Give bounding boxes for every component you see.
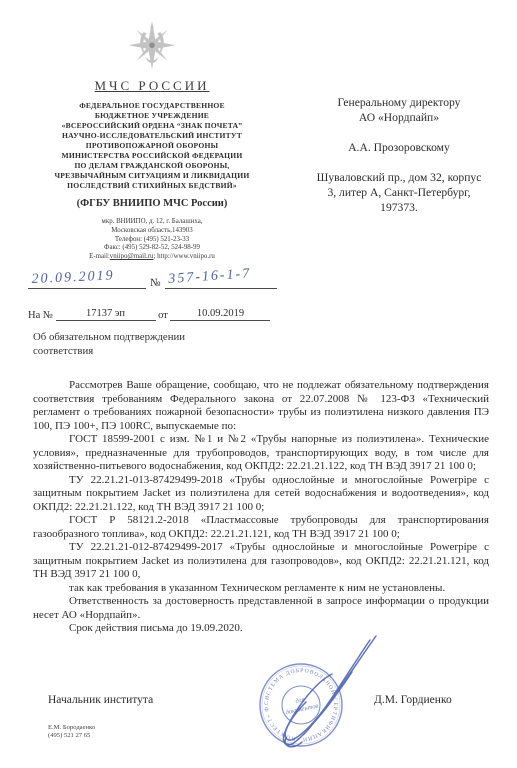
- number-sign: №: [150, 277, 161, 289]
- outgoing-date-line: 20.09.2019: [28, 272, 146, 289]
- outgoing-date-handwritten: 20.09.2019: [31, 268, 115, 288]
- addressee-address: Шуваловский пр., дом 32, корпус: [292, 170, 506, 185]
- org-name-line: БЮДЖЕТНОЕ УЧРЕЖДЕНИЕ: [18, 111, 286, 121]
- org-name-line: ПРОТИВОПОЖАРНОЙ ОБОРОНЫ: [18, 141, 286, 151]
- addressee-address: 3, литер А, Санкт-Петербург,: [292, 185, 506, 200]
- subject-line: соответствия: [33, 344, 263, 358]
- org-short-name: (ФГБУ ВНИИПО МЧС России): [18, 198, 286, 209]
- outgoing-number-handwritten: 357-16-1-7: [167, 266, 251, 288]
- org-name-line: ПО ДЕЛАМ ГРАЖДАНСКОЙ ОБОРОНЫ,: [18, 161, 286, 171]
- subject-line: Об обязательном подтверждении: [33, 330, 263, 344]
- org-email-site: E-mail:vniipo@mail.ru; http://www.vniipo…: [18, 253, 286, 262]
- executor-name: Е.М. Бородаенко: [48, 724, 95, 732]
- org-full-name: ФЕДЕРАЛЬНОЕ ГОСУДАРСТВЕННОЕ БЮДЖЕТНОЕ УЧ…: [18, 101, 286, 191]
- org-address: мкр. ВНИИПО, д. 12, г. Балашиха,: [18, 218, 286, 227]
- addressee-company: АО «Нордпайп»: [292, 110, 506, 125]
- body-paragraph: Рассмотрев Ваше обращение, сообщаю, что …: [33, 379, 489, 433]
- outgoing-reg-row: 20.09.2019 № 357-16-1-7: [18, 272, 286, 298]
- org-site: ; http://www.vniipo.ru: [153, 253, 214, 260]
- ref-from-label: от: [158, 310, 168, 321]
- org-name-line: ПОСЛЕДСТВИЙ СТИХИЙНЫХ БЕДСТВИЙ»: [18, 181, 286, 191]
- addressee-position: Генеральному директору: [292, 95, 506, 110]
- ref-number: 17137 эп: [56, 308, 156, 319]
- executor-phone: (495) 521 27 65: [48, 732, 95, 740]
- outgoing-number-line: 357-16-1-7: [165, 272, 277, 289]
- body-paragraph: ТУ 22.21.21-012-87429499-2017 «Трубы одн…: [33, 541, 489, 582]
- letter-body: Рассмотрев Ваше обращение, сообщаю, что …: [33, 379, 489, 636]
- org-name-line: НАУЧНО-ИССЛЕДОВАТЕЛЬСКИЙ ИНСТИТУТ: [18, 131, 286, 141]
- letter-page: МЧС РОССИИ ФЕДЕРАЛЬНОЕ ГОСУДАРСТВЕННОЕ Б…: [0, 0, 517, 768]
- ref-date: 10.09.2019: [170, 308, 270, 319]
- addressee-block: Генеральному директору АО «Нордпайп» А.А…: [292, 95, 506, 215]
- org-email: vniipo@mail.ru: [110, 253, 154, 260]
- incoming-ref-row: На № 17137 эп от 10.09.2019: [18, 304, 286, 321]
- org-address: Московская область,143903: [18, 227, 286, 236]
- executor-block: Е.М. Бородаенко (495) 521 27 65: [48, 724, 95, 741]
- org-contacts: мкр. ВНИИПО, д. 12, г. Балашиха, Московс…: [18, 218, 286, 262]
- mchs-emblem-icon: [18, 18, 286, 76]
- body-paragraph: так как требования в указанном Техническ…: [33, 582, 489, 596]
- signer-name: Д.М. Гордиенко: [374, 694, 452, 706]
- ref-label: На №: [28, 310, 53, 321]
- letter-subject: Об обязательном подтверждении соответств…: [33, 330, 263, 358]
- org-name-line: ЧРЕЗВЫЧАЙНЫМ СИТУАЦИЯМ И ЛИКВИДАЦИИ: [18, 171, 286, 181]
- addressee-address: 197373.: [292, 200, 506, 215]
- body-paragraph: ТУ 22.21.21-013-87429499-2018 «Трубы одн…: [33, 474, 489, 515]
- body-paragraph: ГОСТ Р 58121.2-2018 «Пластмассовые трубо…: [33, 514, 489, 541]
- org-phone: Телефон: (495) 521-23-33: [18, 236, 286, 245]
- letterhead: МЧС РОССИИ ФЕДЕРАЛЬНОЕ ГОСУДАРСТВЕННОЕ Б…: [18, 18, 286, 321]
- email-label: E-mail:: [89, 253, 110, 260]
- body-paragraph: ГОСТ 18599-2001 с изм. №1 и №2 «Трубы на…: [33, 433, 489, 474]
- body-paragraph: Ответственность за достоверность предста…: [33, 595, 489, 622]
- org-name-line: МИНИСТЕРСТВА РОССИЙСКОЙ ФЕДЕРАЦИИ: [18, 151, 286, 161]
- org-name-line: «ВСЕРОССИЙСКИЙ ОРДЕНА “ЗНАК ПОЧЕТА”: [18, 121, 286, 131]
- ref-date-line: 10.09.2019: [170, 304, 270, 321]
- ref-number-line: 17137 эп: [56, 304, 156, 321]
- addressee-name: А.А. Прозоровскому: [292, 140, 506, 155]
- org-fax: Факс: (495) 529-82-52, 524-98-99: [18, 244, 286, 253]
- org-name-line: ФЕДЕРАЛЬНОЕ ГОСУДАРСТВЕННОЕ: [18, 101, 286, 111]
- signer-position: Начальник института: [48, 694, 153, 706]
- org-title: МЧС РОССИИ: [18, 78, 286, 94]
